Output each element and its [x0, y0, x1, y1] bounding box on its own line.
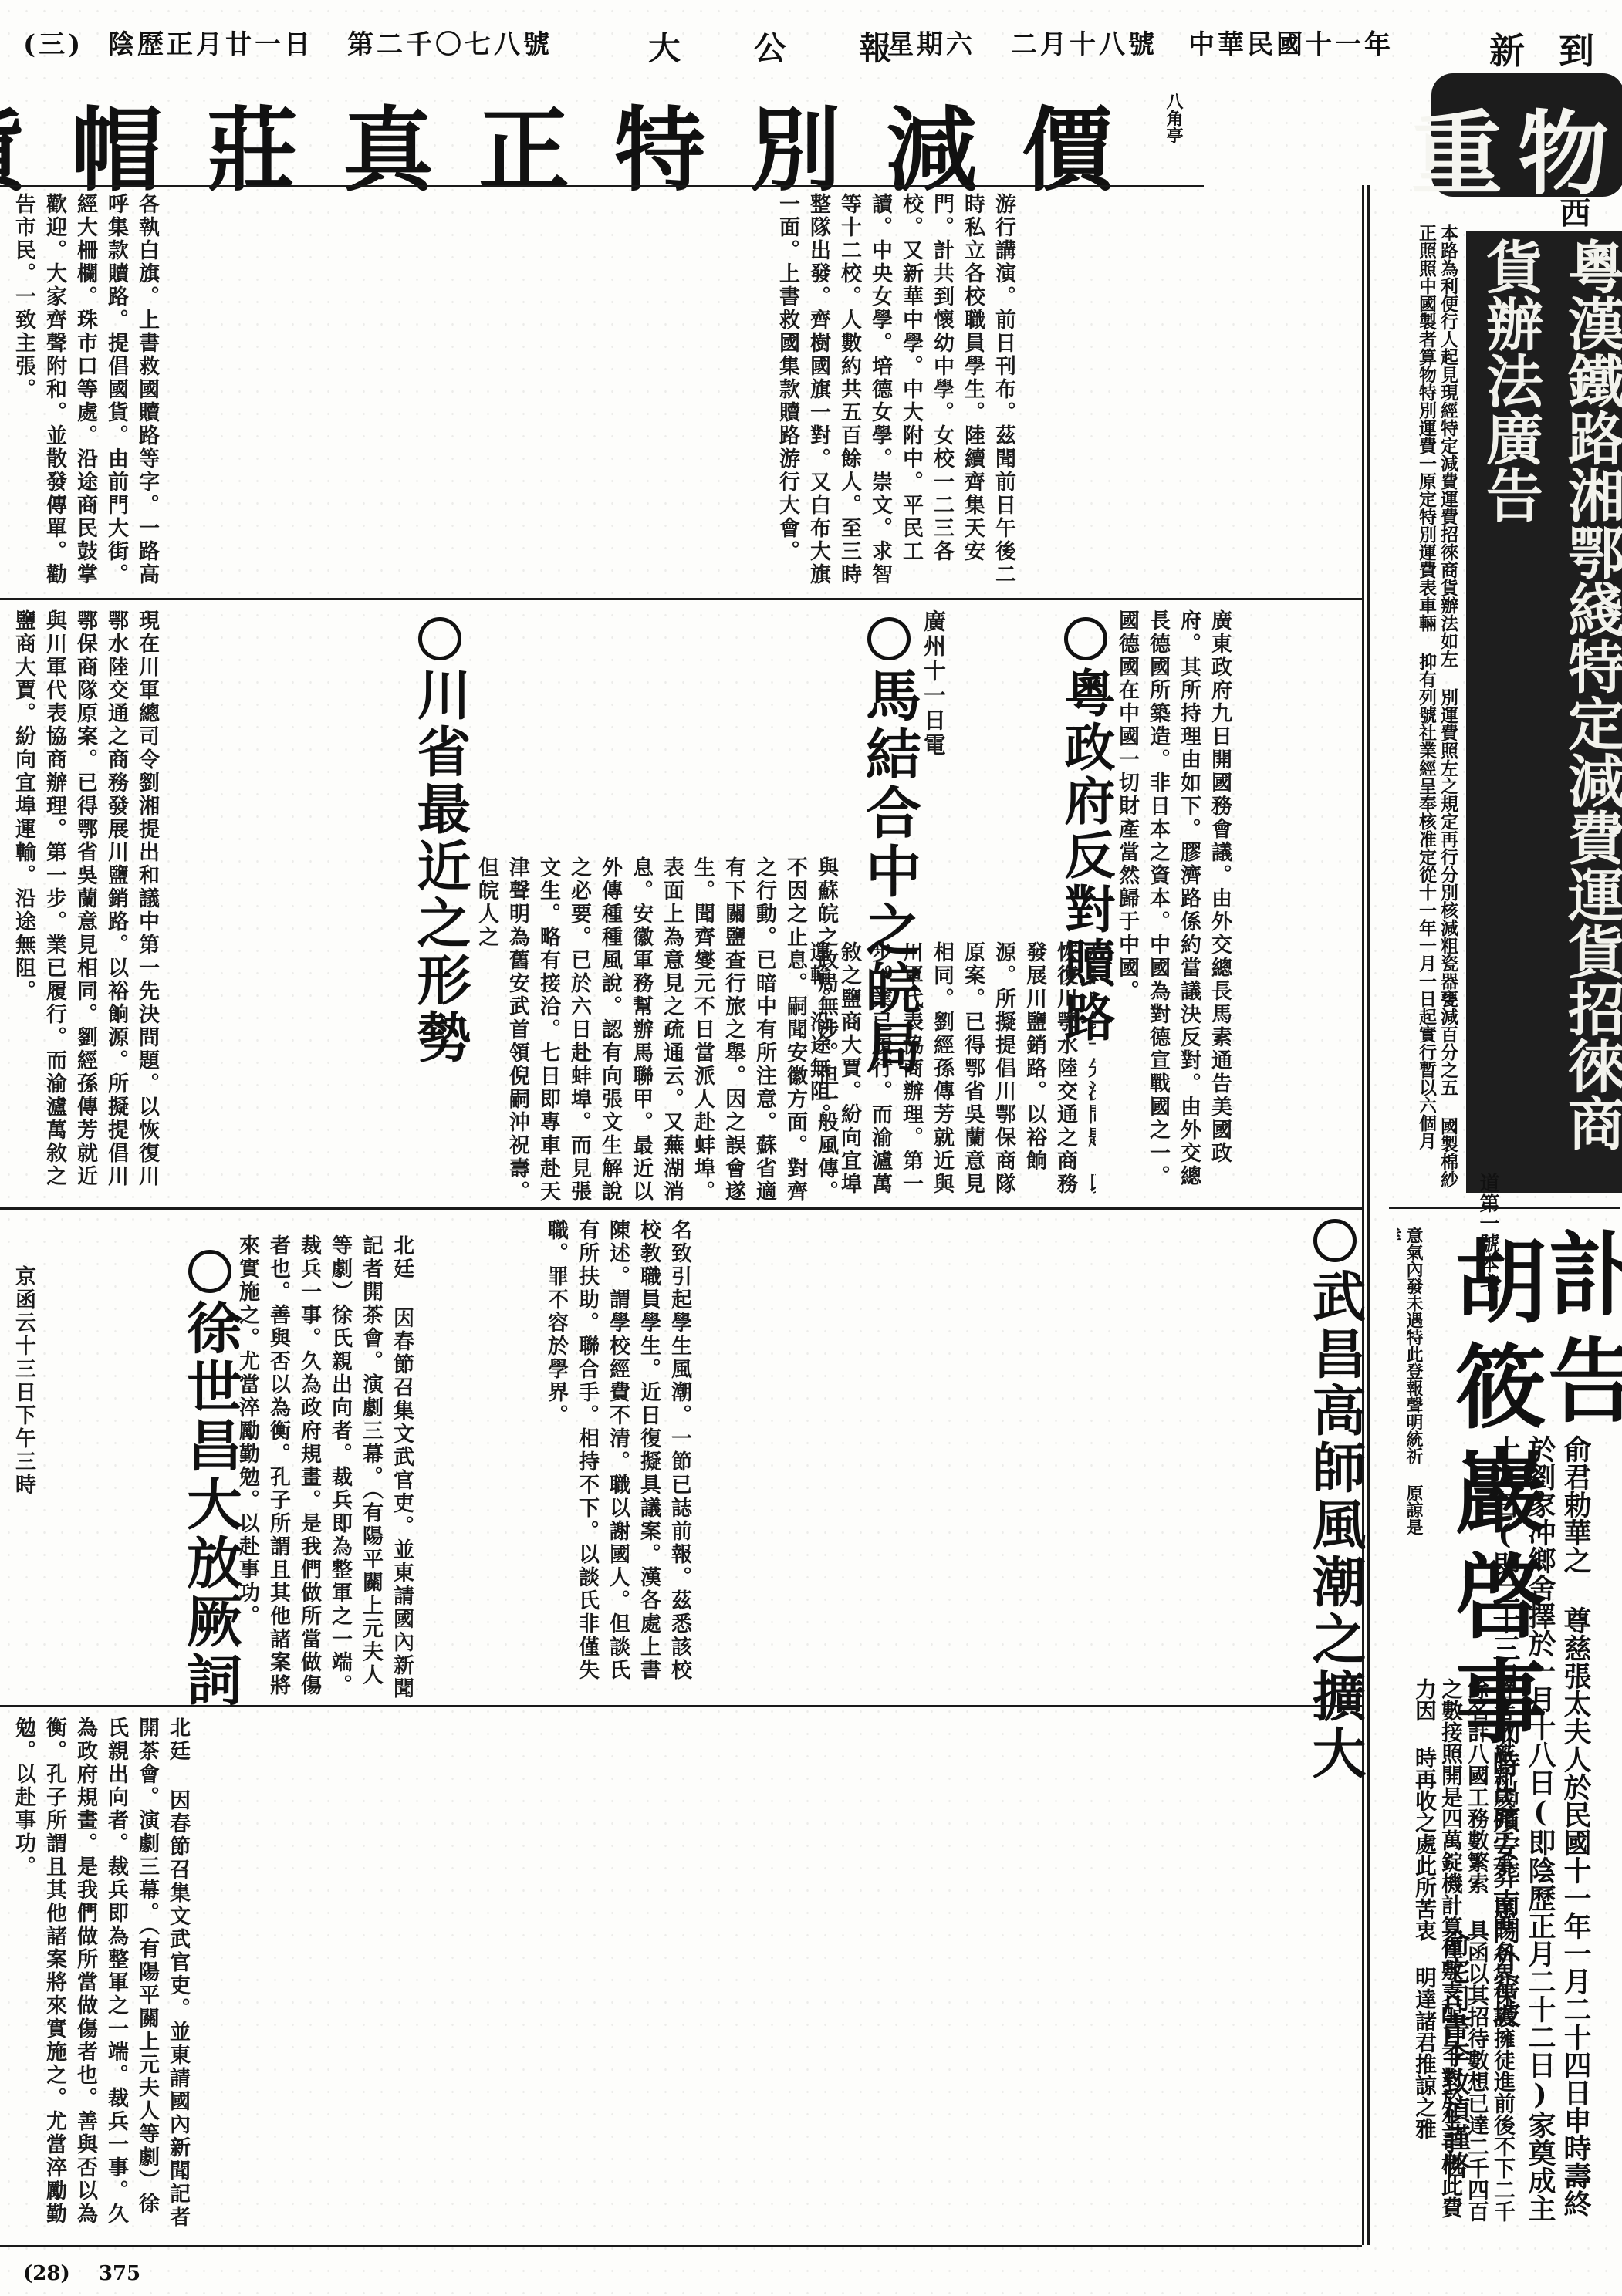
dark-box-ad: 重物 — [1431, 73, 1622, 197]
page-footer: (28) 375 — [23, 2262, 140, 2285]
article-body: 名致引起學生風潮。一節已誌前報。茲悉該校校教職員學生。近日復擬具議案。漢各處上書… — [540, 1219, 694, 1697]
notice-side-note: 意氣內發未遇特此登報聲明統祈 原諒是幸 — [1397, 1227, 1424, 1551]
banner-advertisement: 晉泰隆洋貨帽莊真正特別減價 — [0, 77, 1157, 177]
tier-rule-1 — [0, 598, 1362, 600]
article-body: 現在川軍總司令劉湘提出和議中第一先決問題。以恢復川鄂水陸交通之商務發展川鹽銷路。… — [8, 609, 162, 1204]
ad-divider — [1389, 1207, 1620, 1209]
article-body: 北廷 因春節召集文武官吏。並東請國內新聞記者開茶會。演劇三幕。（有陽平關上元夫人… — [231, 1234, 417, 1705]
page-marker: (28) — [23, 2262, 70, 2285]
article-xu-dateline: 京函云十三日下午三時 — [8, 1265, 162, 1744]
page-number: 375 — [99, 2262, 140, 2285]
dark-box-text: 重物 — [1431, 73, 1622, 212]
article-wuchang-body: 名致引起學生風潮。一節已誌前報。茲悉該校校教職員學生。近日復擬具議案。漢各處上書… — [540, 1219, 1289, 1697]
headline-circle-icon — [867, 617, 911, 660]
republic-year: 中華民國十一年 — [1188, 23, 1394, 61]
article-body: 各執白旗。上書救國贖路等字。一路高呼集款贖路。提倡國貨。由前門大街。經大柵欄。珠… — [8, 193, 162, 594]
weekday: 星期六 — [887, 23, 975, 61]
paper-name: 大 公 報 — [648, 23, 922, 69]
headline-circle-icon — [188, 1250, 231, 1293]
article-body: 最近齊燮元馬聯甲聯合倪嗣沖安武軍之風說。頗盛傳一時。齊氏對此已有非公式之聲明。謂… — [471, 856, 841, 1204]
headline-circle-icon — [1064, 617, 1107, 660]
article-xu-continued: 北廷 因春節召集文武官吏。並東請國內新聞記者開茶會。演劇三幕。（有陽平關上元夫人… — [8, 1717, 1358, 2234]
bottom-rule — [0, 2245, 1362, 2247]
railway-ad-body: 本路為利便行人起見現經特定減費運費招徠商貨辦法如左 別運費照左之規定再行分別核減… — [1381, 224, 1458, 1204]
headline-text: 馬結合中之皖局 — [857, 667, 922, 1077]
headline-circle-icon — [418, 617, 461, 660]
article-student-rally: 游行講演。前日刊布。茲聞前日午後二時私立各校職員學生。陸續齊集天安門。計共到懷幼… — [772, 193, 1358, 594]
article-ma-alliance-body: 最近齊燮元馬聯甲聯合倪嗣沖安武軍之風說。頗盛傳一時。齊氏對此已有非公式之聲明。謂… — [471, 856, 841, 1204]
masthead-rule — [0, 185, 1204, 187]
section-marker: (三) — [23, 23, 83, 61]
issuer-tag: 西 — [1551, 197, 1595, 228]
banner-location-note: 八角亭 — [1164, 93, 1184, 143]
tier-rule-2 — [0, 1207, 1362, 1210]
headline-circle-icon — [1313, 1219, 1357, 1262]
article-sichuan-body-cont: 現在川軍總司令劉湘提出和議中第一先決問題。以恢復川鄂水陸交通之商務發展川鹽銷路。… — [803, 941, 1096, 1204]
headline-sichuan: 川省最近之形勢 — [401, 617, 479, 1066]
new-arrival-label: 新 到 — [1489, 23, 1605, 74]
headline-wuchang-normal: 武昌高師風潮之擴大 — [1296, 1219, 1374, 1782]
tier-rule-3 — [0, 1705, 1362, 1707]
column-double-rule — [1362, 185, 1370, 2245]
article-body: 現在川軍總司令劉湘提出和議中第一先決問題。以恢復川鄂水陸交通之商務發展川鹽銷路。… — [803, 941, 1096, 1204]
article-body: 廣東政府九日開國務會議。由外交總長馬素通告美國政府。其所持理由如下。膠濟路係約當… — [1111, 609, 1235, 1204]
article-xu-body: 北廷 因春節召集文武官吏。並東請國內新聞記者開茶會。演劇三幕。（有陽平關上元夫人… — [231, 1234, 540, 1705]
article-body: 游行講演。前日刊布。茲聞前日午後二時私立各校職員學生。陸續齊集天安門。計共到懷幼… — [772, 193, 1019, 594]
article-body: 北廷 因春節召集文武官吏。並東請國內新聞記者開茶會。演劇三幕。（有陽平關上元夫人… — [8, 1717, 193, 2234]
headline-ma-alliance: 馬結合中之皖局 — [849, 617, 929, 1077]
headline-text: 川省最近之形勢 — [408, 667, 472, 1066]
issue-number: 第二千〇七八號 — [347, 23, 552, 61]
article-dateline: 京函云十三日下午三時 — [8, 1265, 39, 1744]
article-sichuan-body: 現在川軍總司令劉湘提出和議中第一先決問題。以恢復川鄂水陸交通之商務發展川鹽銷路。… — [8, 609, 394, 1204]
article-guangdong-body: 廣東政府九日開國務會議。由外交總長馬素通告美國政府。其所持理由如下。膠濟路係約當… — [1111, 609, 1358, 1204]
gregorian-date: 二月十八號 — [1011, 23, 1157, 61]
railway-ad-title-2: 粵漢鐵路湘鄂綫特定減費運貨招徠商貨辦法廣告 — [1466, 231, 1622, 1193]
lunar-date: 陰歷正月廿一日 — [108, 23, 313, 61]
notice-body: 啓者敝廠新歲開工承 惠賜各界保護擁徒進前後不下二千餘名計八國工務數繁索 具函以其… — [1385, 1678, 1516, 2234]
article-jiaoji-redemption: 各執白旗。上書救國贖路等字。一路高呼集款贖路。提倡國貨。由前門大街。經大柵欄。珠… — [8, 193, 764, 594]
